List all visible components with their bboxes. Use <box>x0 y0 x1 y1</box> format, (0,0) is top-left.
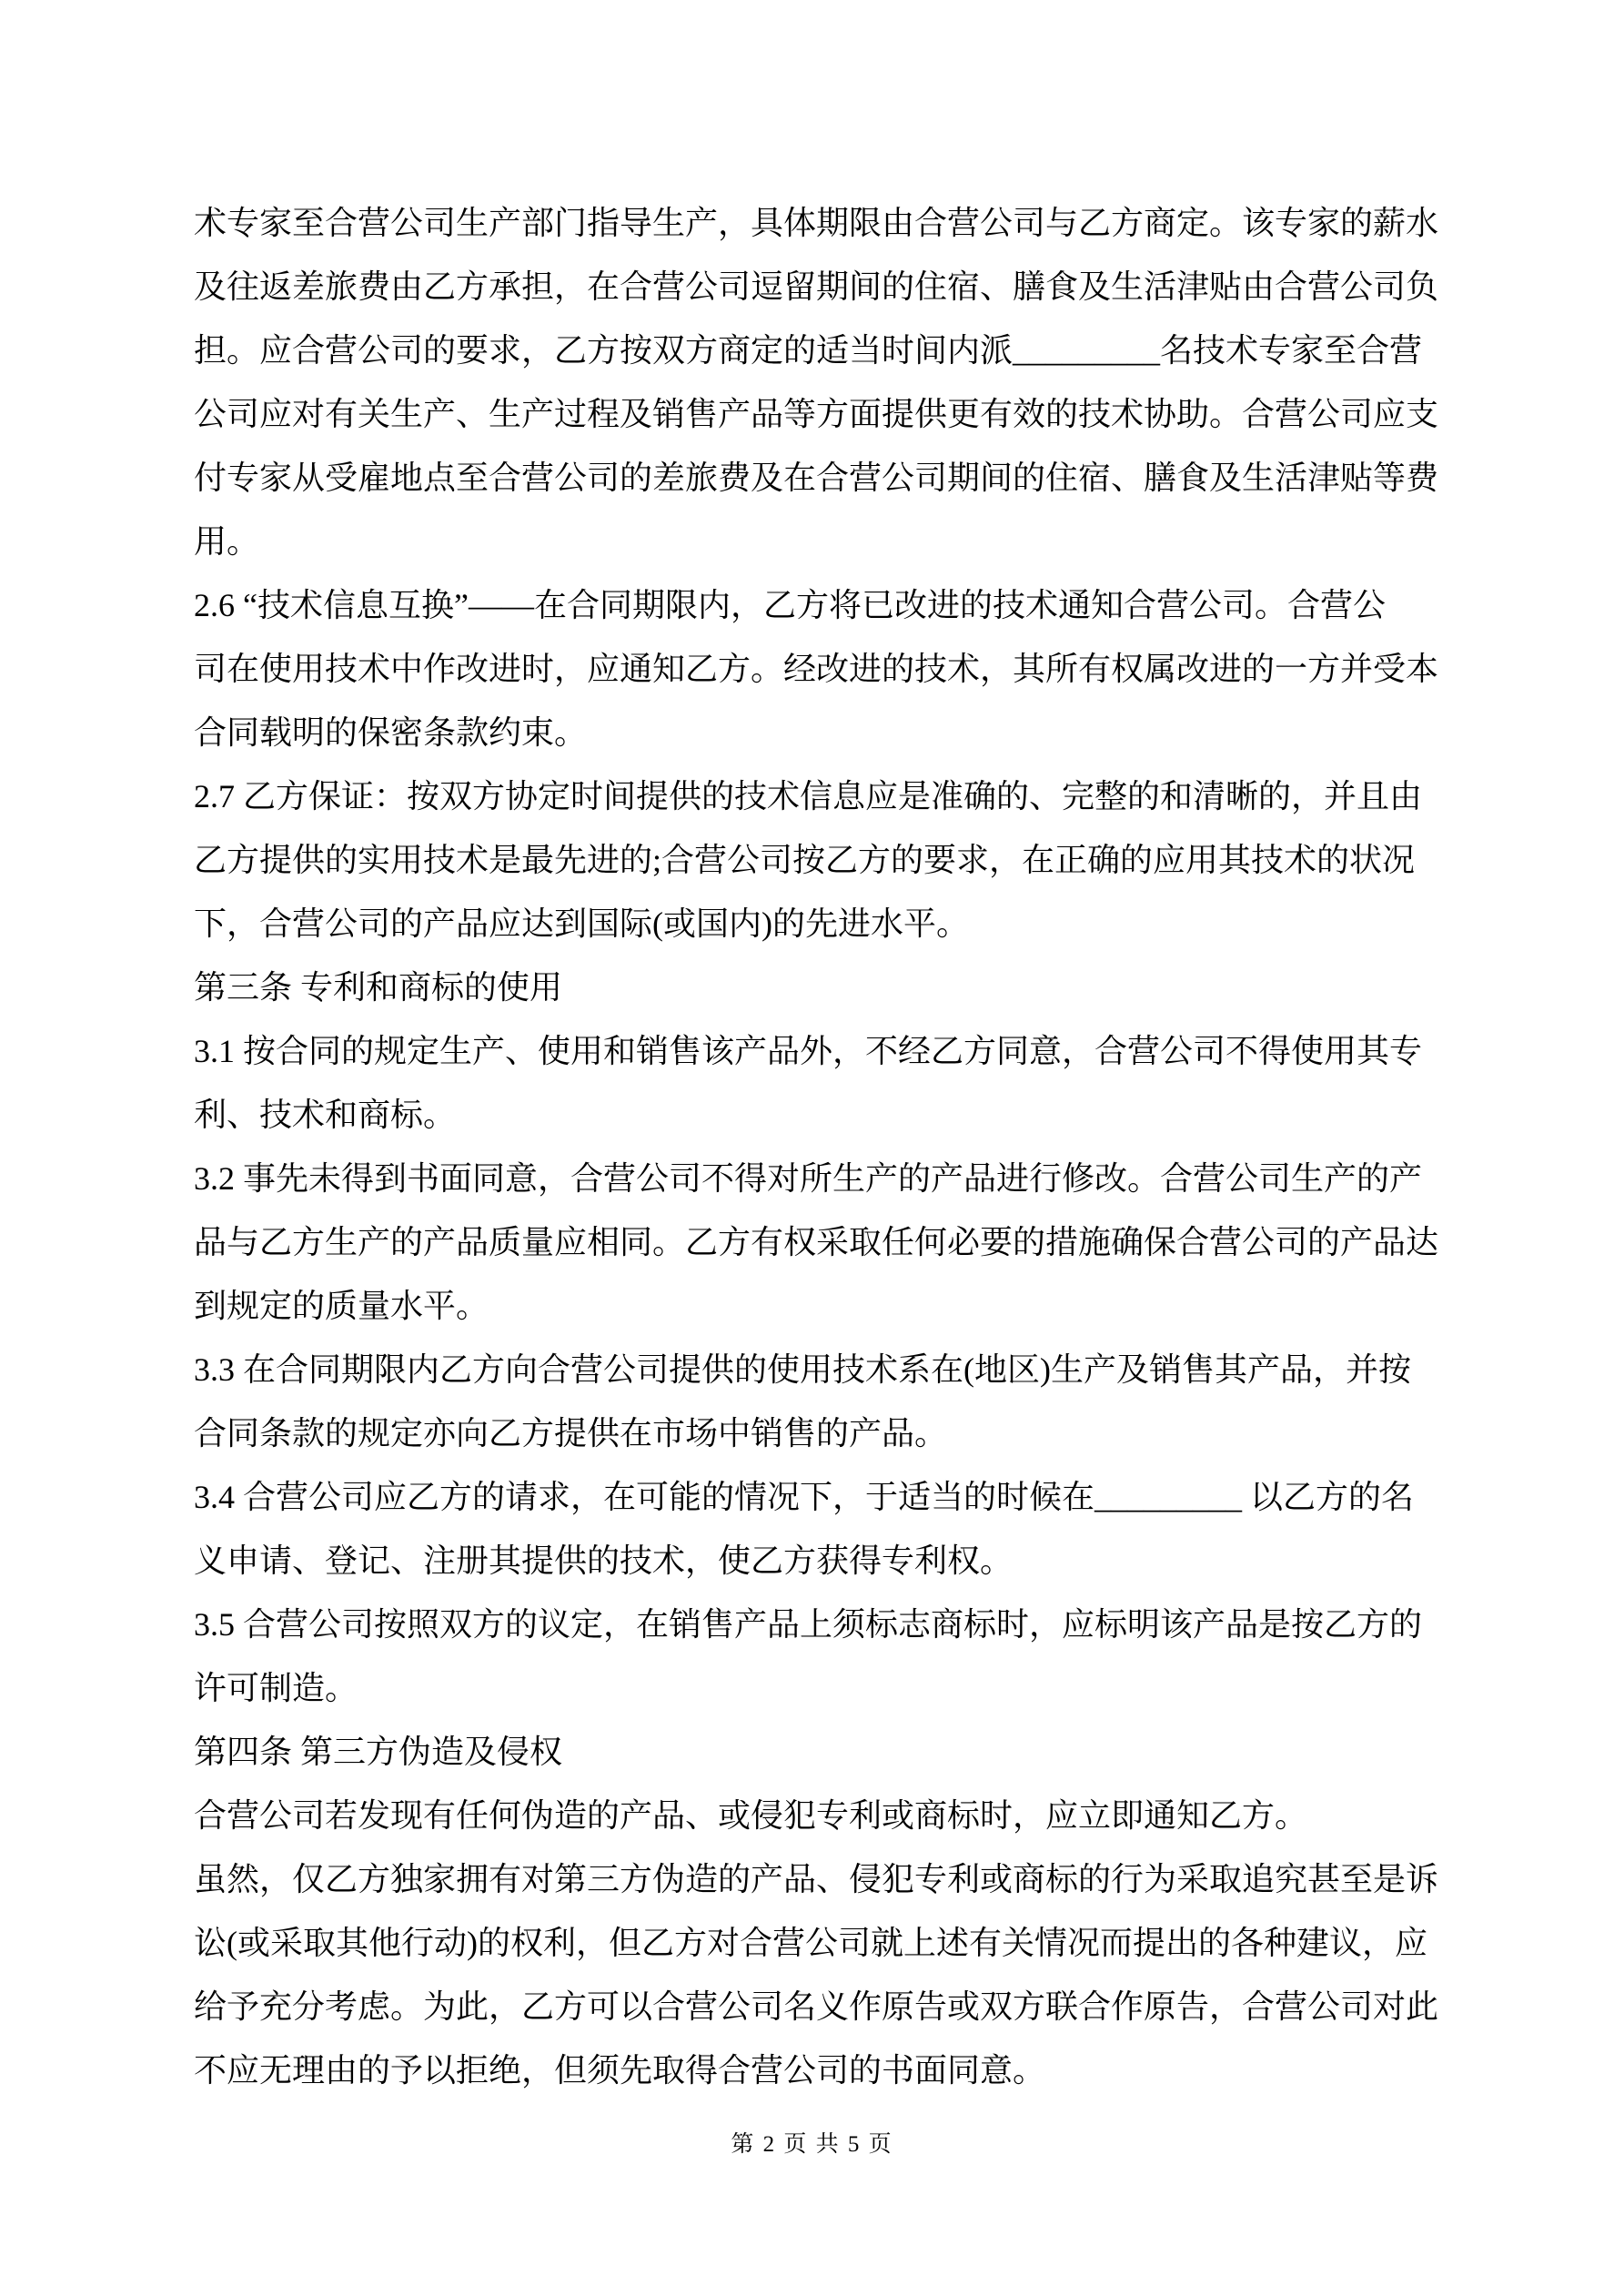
document-line: 乙方提供的实用技术是最先进的;合营公司按乙方的要求，在正确的应用其技术的状况 <box>194 828 1445 892</box>
document-line: 公司应对有关生产、生产过程及销售产品等方面提供更有效的技术协助。合营公司应支 <box>194 382 1445 446</box>
document-line: 3.3 在合同期限内乙方向合营公司提供的使用技术系在(地区)生产及销售其产品，并… <box>194 1338 1445 1401</box>
document-line: 3.1 按合同的规定生产、使用和销售该产品外，不经乙方同意，合营公司不得使用其专 <box>194 1019 1445 1083</box>
document-line: 3.5 合营公司按照双方的议定，在销售产品上须标志商标时，应标明该产品是按乙方的 <box>194 1593 1445 1656</box>
document-page: 术专家至合营公司生产部门指导生产，具体期限由合营公司与乙方商定。该专家的薪水 及… <box>0 0 1624 2296</box>
document-line: 义申请、登记、注册其提供的技术，使乙方获得专利权。 <box>194 1529 1445 1593</box>
document-line: 用。 <box>194 510 1445 573</box>
document-line: 术专家至合营公司生产部门指导生产，具体期限由合营公司与乙方商定。该专家的薪水 <box>194 191 1445 255</box>
document-line: 给予充分考虑。为此，乙方可以合营公司名义作原告或双方联合作原告，合营公司对此 <box>194 1975 1445 2038</box>
document-body: 术专家至合营公司生产部门指导生产，具体期限由合营公司与乙方商定。该专家的薪水 及… <box>194 191 1445 2102</box>
document-line: 3.2 事先未得到书面同意，合营公司不得对所生产的产品进行修改。合营公司生产的产 <box>194 1147 1445 1210</box>
section-heading: 第四条 第三方伪造及侵权 <box>194 1720 1445 1784</box>
document-line: 虽然，仅乙方独家拥有对第三方伪造的产品、侵犯专利或商标的行为采取追究甚至是诉 <box>194 1847 1445 1911</box>
document-line: 2.7 乙方保证：按双方协定时间提供的技术信息应是准确的、完整的和清晰的，并且由 <box>194 764 1445 828</box>
document-line: 品与乙方生产的产品质量应相同。乙方有权采取任何必要的措施确保合营公司的产品达 <box>194 1210 1445 1274</box>
document-line: 利、技术和商标。 <box>194 1083 1445 1147</box>
document-line: 不应无理由的予以拒绝，但须先取得合营公司的书面同意。 <box>194 2038 1445 2102</box>
document-line: 合同条款的规定亦向乙方提供在市场中销售的产品。 <box>194 1401 1445 1465</box>
document-line: 许可制造。 <box>194 1656 1445 1720</box>
document-line: 下，合营公司的产品应达到国际(或国内)的先进水平。 <box>194 892 1445 956</box>
document-line: 合营公司若发现有任何伪造的产品、或侵犯专利或商标时，应立即通知乙方。 <box>194 1784 1445 1847</box>
document-line: 到规定的质量水平。 <box>194 1274 1445 1338</box>
page-number-footer: 第 2 页 共 5 页 <box>0 2126 1624 2159</box>
document-line: 担。应合营公司的要求，乙方按双方商定的适当时间内派_________名技术专家至… <box>194 319 1445 382</box>
document-line: 2.6 “技术信息互换”——在合同期限内，乙方将已改进的技术通知合营公司。合营公 <box>194 573 1445 637</box>
document-line: 付专家从受雇地点至合营公司的差旅费及在合营公司期间的住宿、膳食及生活津贴等费 <box>194 446 1445 510</box>
document-line: 合同载明的保密条款约束。 <box>194 701 1445 764</box>
document-line: 3.4 合营公司应乙方的请求，在可能的情况下，于适当的时候在_________ … <box>194 1465 1445 1529</box>
document-line: 讼(或采取其他行动)的权利，但乙方对合营公司就上述有关情况而提出的各种建议，应 <box>194 1911 1445 1975</box>
document-line: 及往返差旅费由乙方承担，在合营公司逗留期间的住宿、膳食及生活津贴由合营公司负 <box>194 255 1445 319</box>
section-heading: 第三条 专利和商标的使用 <box>194 956 1445 1019</box>
document-line: 司在使用技术中作改进时，应通知乙方。经改进的技术，其所有权属改进的一方并受本 <box>194 637 1445 701</box>
